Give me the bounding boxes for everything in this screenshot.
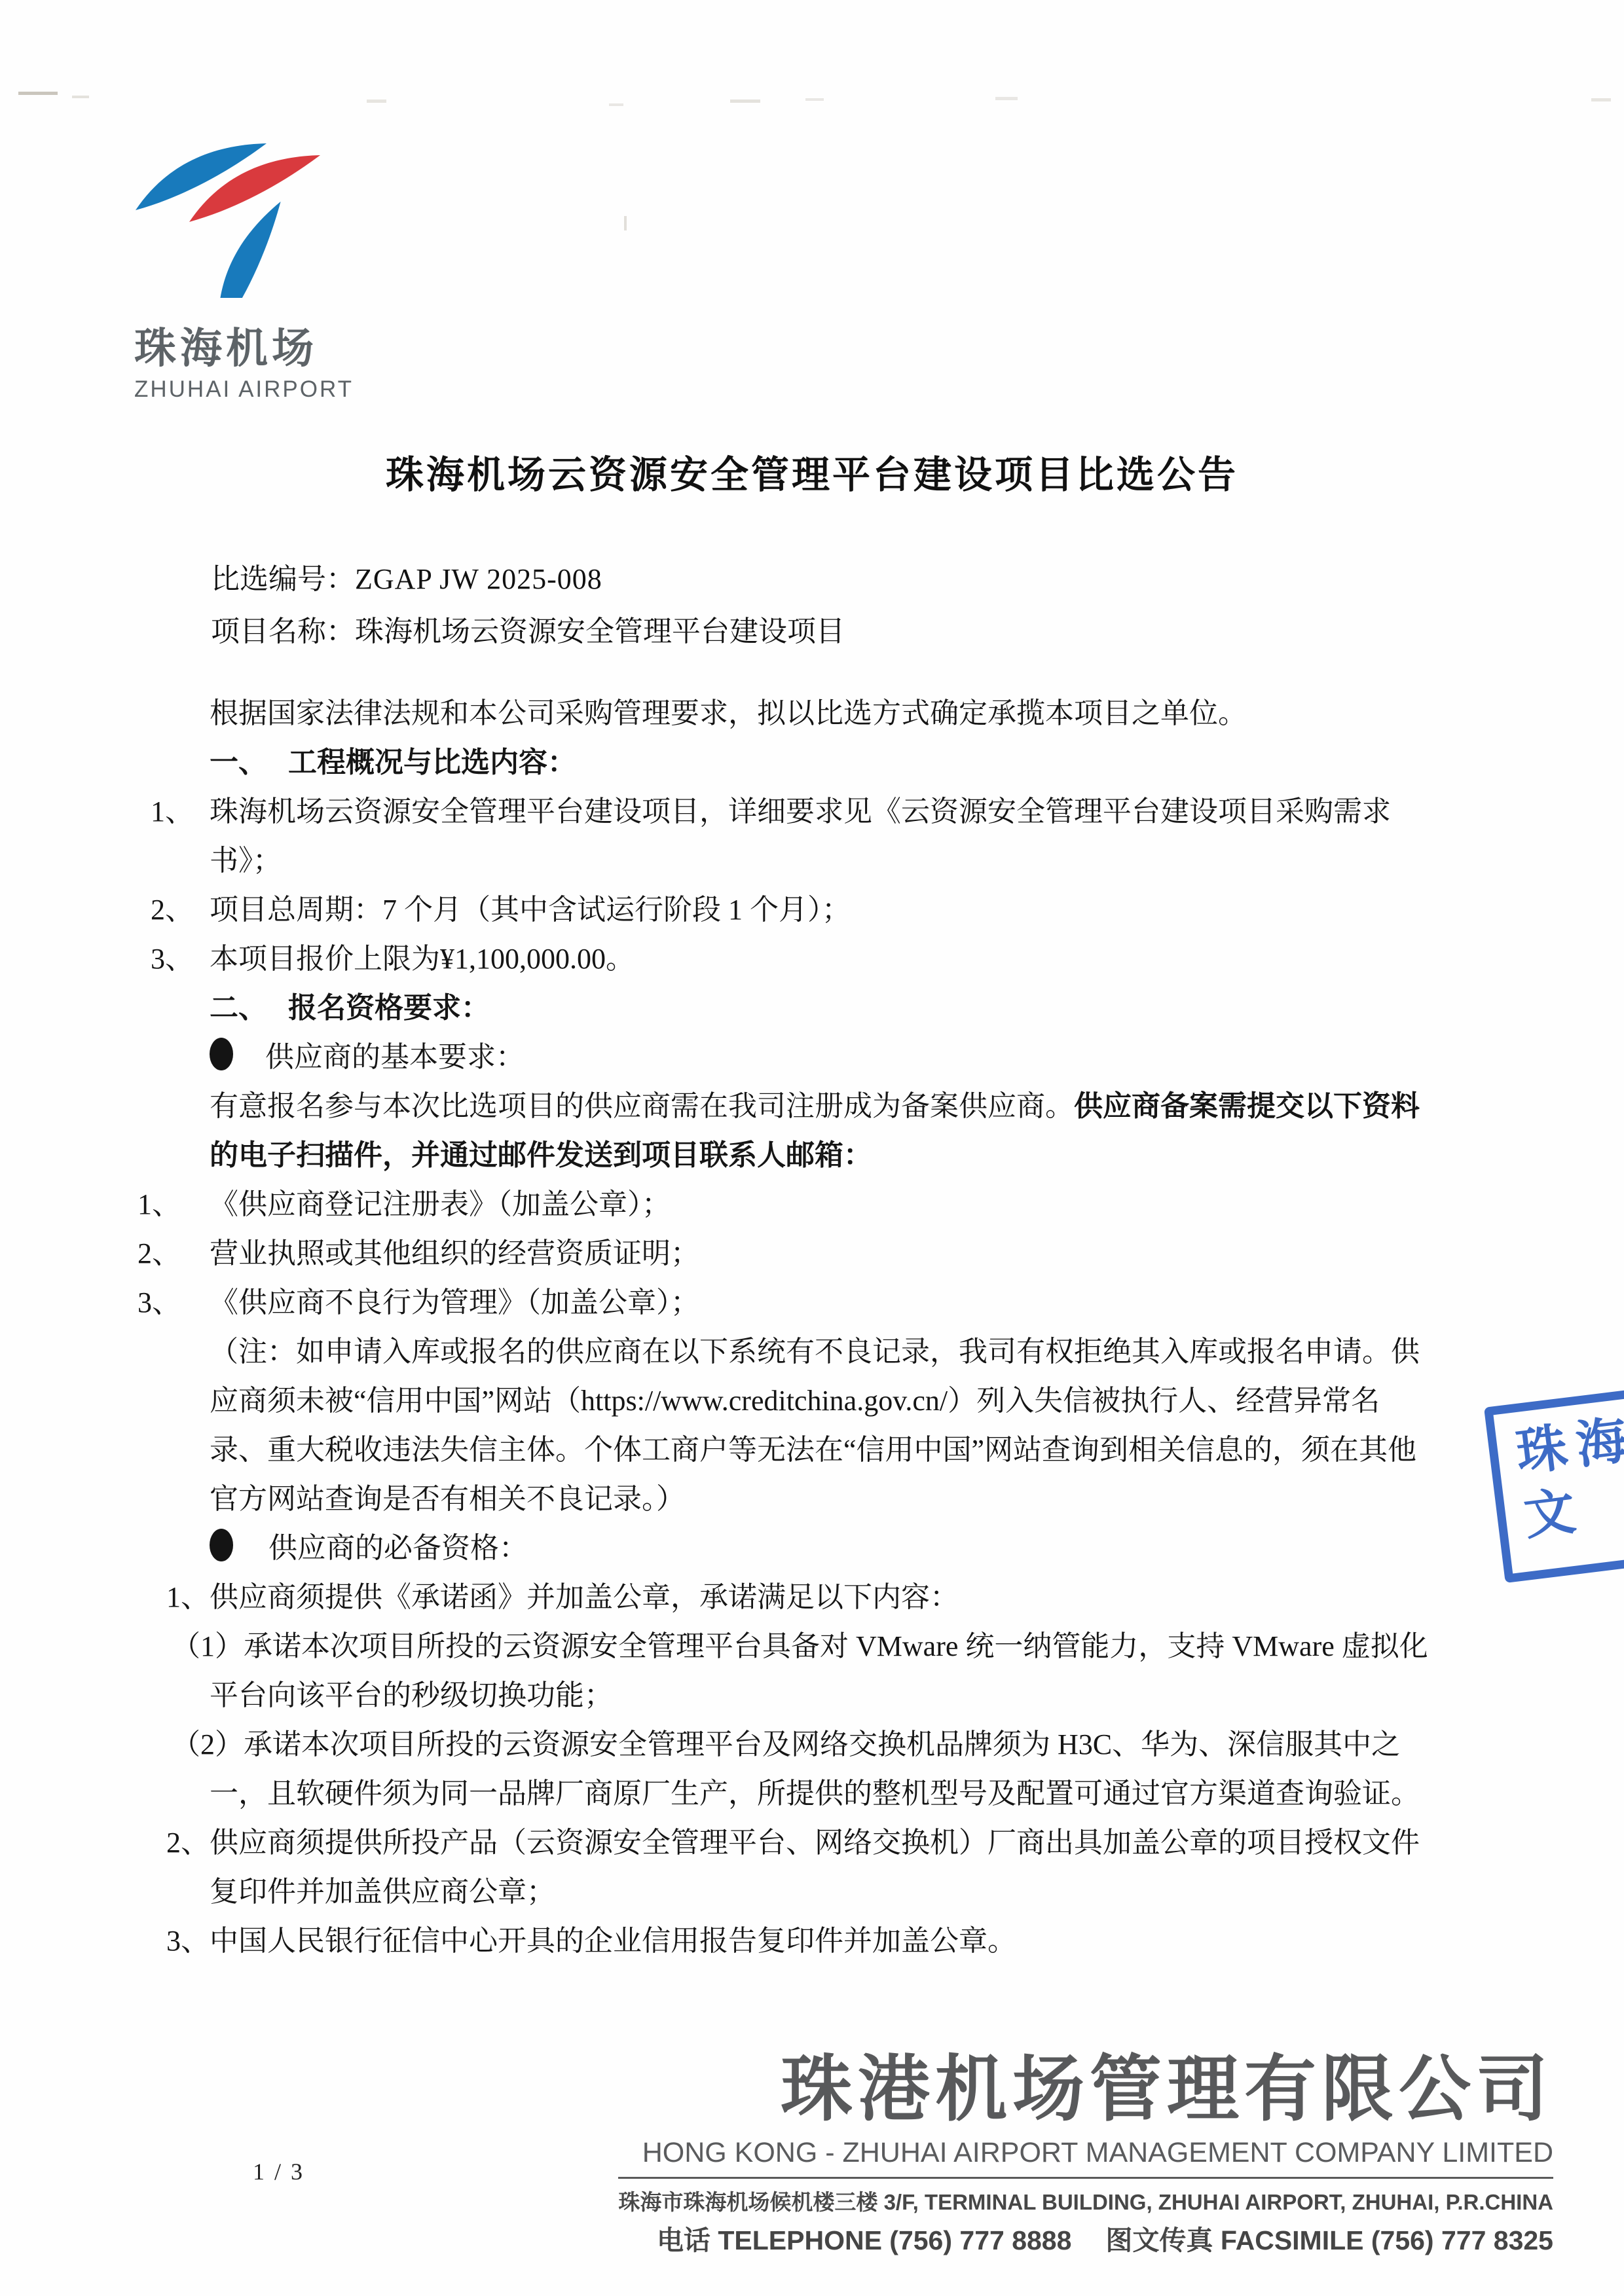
telephone: 电话 TELEPHONE (756) 777 8888 bbox=[657, 2225, 1071, 2255]
project-name-row: 项目名称：珠海机场云资源安全管理平台建设项目 bbox=[211, 606, 845, 658]
item-number: 1、 bbox=[166, 1573, 210, 1622]
bullet-label: 供应商的基本要求： bbox=[265, 1041, 525, 1073]
logo-en-text: ZHUHAI AIRPORT bbox=[134, 376, 331, 403]
list-item: 3、本项目报价上限为¥1,100,000.00。 bbox=[210, 934, 1434, 983]
logo-cn-text: 珠海机场 bbox=[134, 315, 331, 375]
item-text: 项目总周期：7 个月（其中含试运行阶段 1 个月）； bbox=[210, 894, 851, 926]
meta-block: 比选编号：ZGAP JW 2025-008 项目名称：珠海机场云资源安全管理平台… bbox=[211, 553, 845, 658]
bullet-icon bbox=[210, 1038, 233, 1070]
section-2-heading: 二、报名资格要求： bbox=[210, 983, 1434, 1032]
item-text: 本项目报价上限为¥1,100,000.00。 bbox=[210, 943, 635, 975]
section-1-number: 一、 bbox=[210, 738, 288, 787]
item-number: 2、 bbox=[151, 885, 210, 934]
item-text: 《供应商登记注册表》（加盖公章）； bbox=[210, 1188, 671, 1220]
section-1-title: 工程概况与比选内容： bbox=[288, 746, 576, 778]
item-text: 中国人民银行征信中心开具的企业信用报告复印件并加盖公章。 bbox=[210, 1925, 1016, 1957]
scan-noise bbox=[624, 216, 627, 230]
sub-item-text: 承诺本次项目所投的云资源安全管理平台及网络交换机品牌须为 H3C、华为、深信服其… bbox=[210, 1728, 1420, 1810]
page-title: 珠海机场云资源安全管理平台建设项目比选公告 bbox=[0, 444, 1624, 499]
project-name-value: 珠海机场云资源安全管理平台建设项目 bbox=[355, 615, 845, 647]
sub-item-text: 承诺本次项目所投的云资源安全管理平台具备对 VMware 统一纳管能力，支持 V… bbox=[210, 1630, 1428, 1711]
scan-noise bbox=[995, 97, 1018, 100]
bullet-icon bbox=[210, 1529, 233, 1561]
item-text: 营业执照或其他组织的经营资质证明； bbox=[210, 1237, 699, 1269]
scan-noise bbox=[18, 92, 58, 95]
document-page: 珠海机场 ZHUHAI AIRPORT 珠海机场云资源安全管理平台建设项目比选公… bbox=[0, 0, 1624, 2296]
bidding-number-row: 比选编号：ZGAP JW 2025-008 bbox=[211, 553, 845, 606]
item-text: 《供应商不良行为管理》（加盖公章）； bbox=[210, 1286, 699, 1319]
registration-paragraph: 有意报名参与本次比选项目的供应商需在我司注册成为备案供应商。供应商备案需提交以下… bbox=[210, 1082, 1434, 1180]
document-body: 根据国家法律法规和本公司采购管理要求，拟以比选方式确定承揽本项目之单位。 一、工… bbox=[210, 689, 1434, 1965]
zhuhai-airport-logo: 珠海机场 ZHUHAI AIRPORT bbox=[134, 141, 331, 403]
page-number: 1 / 3 bbox=[253, 2158, 304, 2185]
bidding-number-value: ZGAP JW 2025-008 bbox=[355, 563, 602, 595]
sub-item-number: （2） bbox=[172, 1728, 244, 1760]
credit-note-paragraph: （注：如申请入库或报名的供应商在以下系统有不良记录，我司有权拒绝其入库或报名申请… bbox=[210, 1327, 1434, 1523]
facsimile: 图文传真 FACSIMILE (756) 777 8325 bbox=[1105, 2219, 1553, 2257]
company-name-en: HONG KONG - ZHUHAI AIRPORT MANAGEMENT CO… bbox=[618, 2137, 1553, 2169]
list-item: 2、项目总周期：7 个月（其中含试运行阶段 1 个月）； bbox=[210, 885, 1434, 934]
section-2-number: 二、 bbox=[210, 983, 288, 1032]
item-number: 2、 bbox=[166, 1818, 210, 1867]
stamp-line-1: 珠海市 bbox=[1513, 1391, 1624, 1484]
scan-noise bbox=[367, 100, 386, 103]
scan-noise bbox=[1591, 98, 1611, 101]
airport-swoosh-icon bbox=[136, 141, 325, 298]
item-number: 1、 bbox=[138, 1180, 210, 1229]
list-item: 3、《供应商不良行为管理》（加盖公章）； bbox=[210, 1278, 1434, 1327]
bullet-label: 供应商的必备资格： bbox=[268, 1532, 528, 1564]
basic-requirements-heading: 供应商的基本要求： bbox=[210, 1032, 1434, 1082]
item-text: 供应商须提供《承诺函》并加盖公章，承诺满足以下内容： bbox=[210, 1581, 959, 1613]
project-name-label: 项目名称： bbox=[211, 615, 355, 647]
intro-paragraph: 根据国家法律法规和本公司采购管理要求，拟以比选方式确定承揽本项目之单位。 bbox=[210, 689, 1434, 738]
company-address: 珠海市珠海机场候机楼三楼 3/F, TERMINAL BUILDING, ZHU… bbox=[618, 2185, 1553, 2216]
list-item: 3、中国人民银行征信中心开具的企业信用报告复印件并加盖公章。 bbox=[210, 1916, 1434, 1965]
item-number: 3、 bbox=[151, 934, 210, 983]
item-number: 3、 bbox=[138, 1278, 210, 1327]
list-item: 2、供应商须提供所投产品（云资源安全管理平台、网络交换机）厂商出具加盖公章的项目… bbox=[210, 1818, 1434, 1916]
scan-noise bbox=[609, 103, 623, 106]
item-number: 3、 bbox=[166, 1916, 210, 1965]
company-name-cn: 珠港机场管理有限公司 bbox=[618, 2053, 1553, 2126]
company-contacts: 电话 TELEPHONE (756) 777 8888图文传真 FACSIMIL… bbox=[618, 2219, 1553, 2257]
scan-noise bbox=[805, 98, 824, 101]
item-text: 珠海机场云资源安全管理平台建设项目，详细要求见《云资源安全管理平台建设项目采购需… bbox=[210, 795, 1391, 877]
item-text: 供应商须提供所投产品（云资源安全管理平台、网络交换机）厂商出具加盖公章的项目授权… bbox=[210, 1827, 1420, 1908]
section-2-title: 报名资格要求： bbox=[288, 992, 490, 1024]
sub-item: （1）承诺本次项目所投的云资源安全管理平台具备对 VMware 统一纳管能力，支… bbox=[210, 1622, 1434, 1720]
list-item: 1、供应商须提供《承诺函》并加盖公章，承诺满足以下内容： bbox=[210, 1573, 1434, 1622]
footer-divider bbox=[618, 2177, 1553, 2179]
item-number: 2、 bbox=[138, 1229, 210, 1278]
sub-item: （2）承诺本次项目所投的云资源安全管理平台及网络交换机品牌须为 H3C、华为、深… bbox=[210, 1720, 1434, 1818]
scan-noise bbox=[730, 100, 760, 103]
official-stamp: 珠海市 文 件 bbox=[1484, 1372, 1624, 1583]
stamp-text: 珠海市 文 件 bbox=[1493, 1381, 1624, 1552]
sub-item-number: （1） bbox=[172, 1630, 244, 1662]
list-item: 2、营业执照或其他组织的经营资质证明； bbox=[210, 1229, 1434, 1278]
list-item: 1、《供应商登记注册表》（加盖公章）； bbox=[210, 1180, 1434, 1229]
list-item: 1、珠海机场云资源安全管理平台建设项目，详细要求见《云资源安全管理平台建设项目采… bbox=[210, 787, 1434, 885]
item-number: 1、 bbox=[151, 787, 210, 836]
registration-text: 有意报名参与本次比选项目的供应商需在我司注册成为备案供应商。 bbox=[210, 1090, 1074, 1122]
company-footer: 珠港机场管理有限公司 HONG KONG - ZHUHAI AIRPORT MA… bbox=[618, 2053, 1553, 2257]
bidding-number-label: 比选编号： bbox=[211, 563, 355, 595]
scan-noise bbox=[72, 96, 89, 98]
required-qualifications-heading: 供应商的必备资格： bbox=[210, 1523, 1434, 1573]
section-1-heading: 一、工程概况与比选内容： bbox=[210, 738, 1434, 787]
